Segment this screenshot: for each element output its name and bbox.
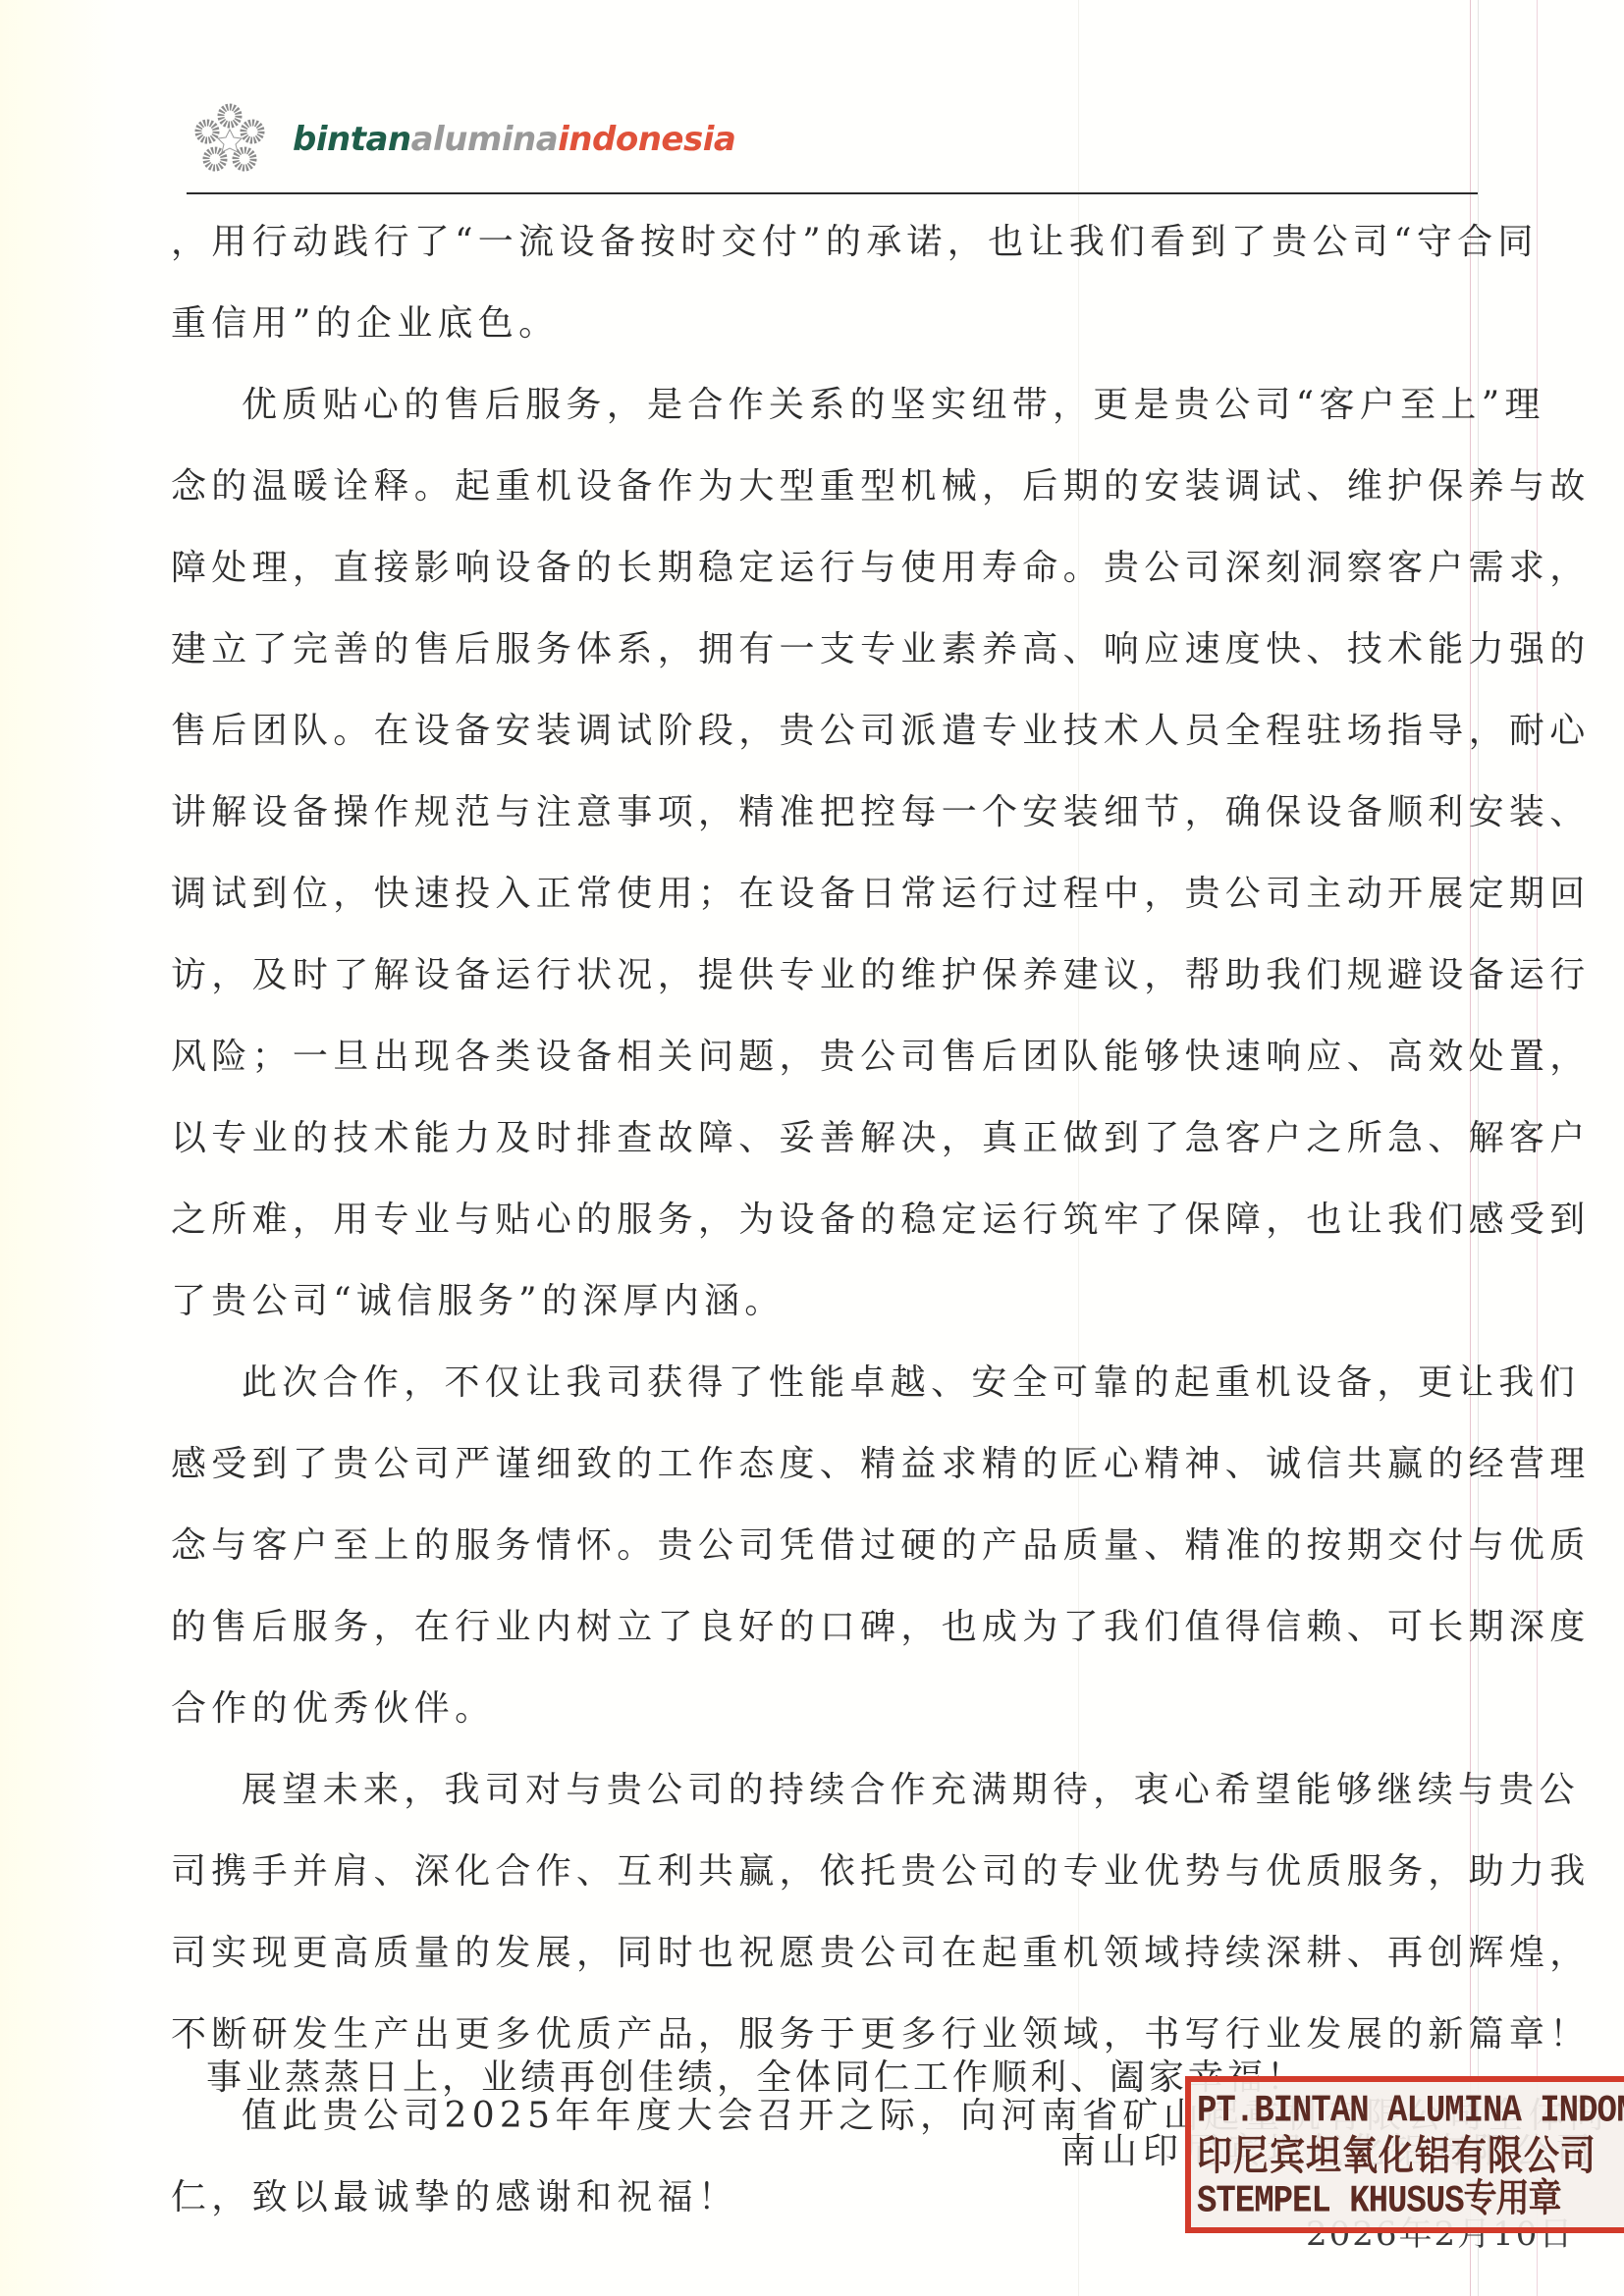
letter-line: 风险；一旦出现各类设备相关问题，贵公司售后团队能够快速响应、高效处置，: [171, 1038, 1591, 1077]
header-divider: [187, 192, 1478, 194]
letter-line: 合作的优秀伙伴。: [171, 1689, 495, 1729]
stamp-line-english: PT.BINTAN ALUMINA INDONESIA: [1197, 2086, 1624, 2138]
letter-line: ，用行动践行了“一流设备按时交付”的承诺，也让我们看到了贵公司“守合同: [171, 223, 1539, 262]
letter-line: 以专业的技术能力及时排查故障、妥善解决，真正做到了急客户之所急、解客户: [171, 1119, 1591, 1158]
letter-line: 司携手并肩、深化合作、互利共赢，依托贵公司的专业优势与优质服务，助力我: [171, 1852, 1591, 1892]
letter-line: 之所难，用专业与贴心的服务，为设备的稳定运行筑牢了保障，也让我们感受到: [171, 1201, 1591, 1240]
letter-page: bintanaluminaindonesia ，用行动践行了“一流设备按时交付”…: [0, 0, 1624, 2296]
stamp-line-chinese: 印尼宾坦氧化铝有限公司: [1197, 2131, 1624, 2183]
logo-text-alumina: alumina: [411, 120, 559, 159]
letter-line: 感受到了贵公司严谨细致的工作态度、精益求精的匠心精神、诚信共赢的经营理: [171, 1445, 1591, 1484]
letter-line: 仁，致以最诚挚的感谢和祝福！: [171, 2178, 738, 2217]
letter-line: 不断研发生产出更多优质产品，服务于更多行业领域，书写行业发展的新篇章！: [171, 2015, 1591, 2055]
letter-line: 念的温暖诠释。起重机设备作为大型重型机械，后期的安装调试、维护保养与故: [171, 467, 1591, 507]
bintan-alumina-logo-mark-icon: [192, 102, 267, 177]
letter-line: 了贵公司“诚信服务”的深厚内涵。: [171, 1282, 785, 1321]
scan-edge-tint: [0, 0, 118, 2296]
stamp-line-special: STEMPEL KHUSUS专用章: [1197, 2176, 1624, 2228]
letter-line: 展望未来，我司对与贵公司的持续合作充满期待，衷心希望能够继续与贵公: [242, 1771, 1580, 1810]
letter-line: 念与客户至上的服务情怀。贵公司凭借过硬的产品质量、精准的按期交付与优质: [171, 1526, 1591, 1566]
letter-line: 司实现更高质量的发展，同时也祝愿贵公司在起重机领域持续深耕、再创辉煌，: [171, 1934, 1591, 1973]
letter-line: 障处理，直接影响设备的长期稳定运行与使用寿命。贵公司深刻洞察客户需求，: [171, 549, 1591, 588]
logo-text-bintan: bintan: [293, 120, 411, 159]
logo-wordmark: bintanaluminaindonesia: [293, 120, 735, 159]
letter-line: 讲解设备操作规范与注意事项，精准把控每一个安装细节，确保设备顺利安装、: [171, 793, 1591, 832]
logo-text-indonesia: indonesia: [558, 120, 735, 159]
letter-line: 建立了完善的售后服务体系，拥有一支专业素养高、响应速度快、技术能力强的: [171, 630, 1591, 669]
letter-line: 售后团队。在设备安装调试阶段，贵公司派遣专业技术人员全程驻场指导，耐心: [171, 712, 1591, 751]
letter-line: 调试到位，快速投入正常使用；在设备日常运行过程中，贵公司主动开展定期回: [171, 875, 1591, 914]
company-logo: bintanaluminaindonesia: [192, 102, 735, 177]
letter-line: 重信用”的企业底色。: [171, 304, 559, 344]
letter-line: 的售后服务，在行业内树立了良好的口碑，也成为了我们值得信赖、可长期深度: [171, 1608, 1591, 1647]
letter-line: 访，及时了解设备运行状况，提供专业的维护保养建议，帮助我们规避设备运行: [171, 956, 1591, 995]
letter-line: 优质贴心的售后服务，是合作关系的坚实纽带，更是贵公司“客户至上”理: [242, 386, 1545, 425]
closing-wish: 事业蒸蒸日上，业绩再创佳绩，全体同仁工作顺利、阖家幸福！: [206, 2050, 1306, 2100]
letter-line: 此次合作，不仅让我司获得了性能卓越、安全可靠的起重机设备，更让我们: [242, 1363, 1580, 1403]
company-seal-stamp: PT.BINTAN ALUMINA INDONESIA 印尼宾坦氧化铝有限公司 …: [1185, 2076, 1624, 2233]
